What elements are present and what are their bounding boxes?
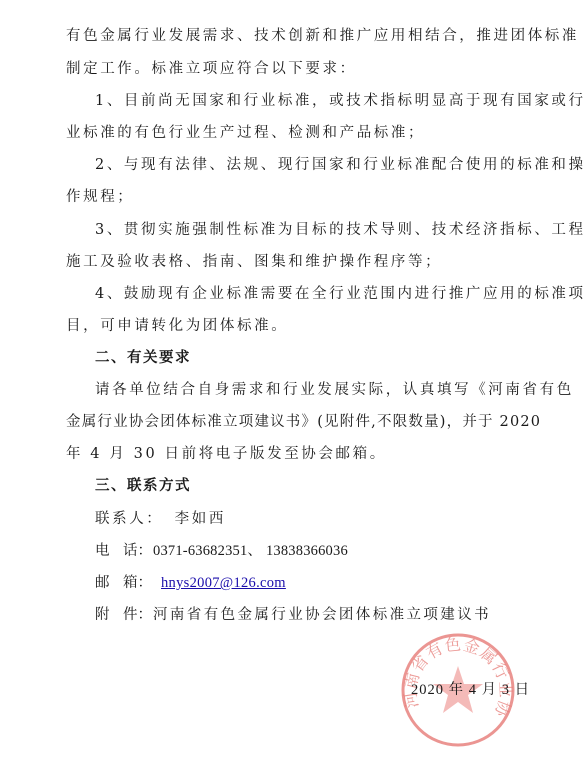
- phone-row: 电话：0371-63682351、 13838366036: [95, 541, 551, 561]
- attachment-value: 河南省有色金属行业协会团体标准立项建议书: [153, 607, 491, 623]
- section-heading-contact: 三、联系方式: [95, 476, 551, 496]
- requirement-item-3-cont: 施工及验收表格、指南、图集和维护操作程序等；: [66, 252, 522, 272]
- requirement-item-4: 4、鼓励现有企业标准需要在全行业范围内进行推广应用的标准项: [95, 284, 551, 304]
- document-page: 有色金属行业发展需求、技术创新和推广应用相结合，推进团体标准 制定工作。标准立项…: [0, 0, 587, 782]
- email-row: 邮箱：hnys2007@126.com: [95, 573, 551, 593]
- attachment-label-b: 件：: [123, 607, 152, 623]
- requirement-item-2-cont: 作规程；: [66, 187, 522, 207]
- contact-label: 联系人：: [95, 511, 163, 527]
- phone-label-b: 话：: [123, 543, 152, 559]
- requirement-item-4-cont: 目，可申请转化为团体标准。: [66, 316, 522, 336]
- section2-line: 金属行业协会团体标准立项建议书》(见附件,不限数量)，并于 2020: [66, 412, 522, 432]
- requirement-item-2: 2、与现有法律、法规、现行国家和行业标准配合使用的标准和操: [95, 155, 551, 175]
- email-label-b: 箱：: [123, 575, 152, 591]
- paragraph-line: 有色金属行业发展需求、技术创新和推广应用相结合，推进团体标准: [66, 26, 522, 46]
- email-link[interactable]: hnys2007@126.com: [161, 575, 286, 591]
- section2-line: 请各单位结合自身需求和行业发展实际，认真填写《河南省有色: [95, 380, 551, 400]
- attachment-label-a: 附: [95, 605, 123, 625]
- attachment-row: 附件：河南省有色金属行业协会团体标准立项建议书: [95, 605, 551, 625]
- contact-name: 李如西: [175, 511, 226, 527]
- section2-line: 年 4 月 30 日前将电子版发至协会邮箱。: [66, 444, 522, 464]
- phone-value: 0371-63682351、 13838366036: [153, 543, 348, 559]
- section-heading-requirements: 二、有关要求: [95, 348, 551, 368]
- paragraph-line: 制定工作。标准立项应符合以下要求：: [66, 59, 522, 79]
- requirement-item-3: 3、贯彻实施强制性标准为目标的技术导则、技术经济指标、工程: [95, 220, 551, 240]
- contact-person-row: 联系人： 李如西: [95, 509, 551, 529]
- phone-label-a: 电: [95, 541, 123, 561]
- signature-date: 2020 年 4 月 3 日: [411, 678, 530, 699]
- email-label-a: 邮: [95, 573, 123, 593]
- requirement-item-1-cont: 业标准的有色行业生产过程、检测和产品标准；: [66, 123, 522, 143]
- requirement-item-1: 1、目前尚无国家和行业标准，或技术指标明显高于现有国家或行: [95, 91, 551, 111]
